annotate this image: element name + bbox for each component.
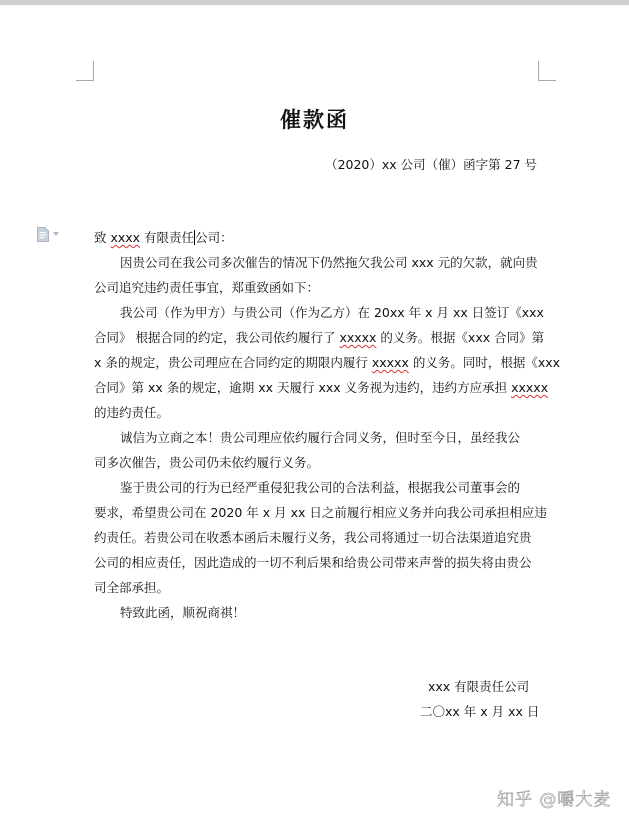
text: 的义务。根据《xxx 合同》第	[376, 330, 544, 345]
window-top-border	[0, 0, 629, 5]
paragraph-4-line-1: 鉴于贵公司的行为已经严重侵犯我公司的合法利益，根据我公司董事会的	[94, 475, 540, 500]
text: 的义务。同时，根据《xxx	[409, 355, 560, 370]
text: 合同》 根据合同的约定，我公司依约履行了	[94, 330, 339, 345]
spellcheck-flagged-word: xxxxx	[339, 330, 376, 345]
salutation-text: 有限责任	[140, 230, 194, 245]
closing-line: 特致此函，顺祝商祺！	[94, 600, 540, 625]
paragraph-1-line-2: 公司追究违约责任事宜，郑重致函如下：	[94, 275, 540, 300]
paragraph-4-line-3: 约责任。若贵公司在收悉本函后未履行义务，我公司将通过一切合法渠道追究贵	[94, 525, 540, 550]
spellcheck-flagged-word: xxxx	[110, 230, 140, 245]
paragraph-2-line-4: 合同》第 xx 条的规定，逾期 xx 天履行 xxx 义务视为违约，违约方应承担…	[94, 375, 540, 400]
text: 合同》第 xx 条的规定，逾期 xx 天履行 xxx 义务视为违约，违约方应承担	[94, 380, 511, 395]
chevron-down-icon	[53, 232, 59, 236]
paragraph-1-line-1: 因贵公司在我公司多次催告的情况下仍然拖欠我公司 xxx 元的欠款，就向贵	[94, 250, 540, 275]
paragraph-4-line-4: 公司的相应责任，因此造成的一切不利后果和给贵公司带来声誉的损失将由贵公	[94, 550, 540, 575]
page-margin-corner-right	[538, 61, 556, 81]
paragraph-2-line-5: 的违约责任。	[94, 400, 540, 425]
paragraph-4-line-2: 要求，希望贵公司在 2020 年 x 月 xx 日之前履行相应义务并向我公司承担…	[94, 500, 540, 525]
page-margin-corner-left	[76, 61, 94, 81]
signature-date: 二〇xx 年 x 月 xx 日	[420, 702, 539, 720]
salutation-prefix: 致	[94, 230, 110, 245]
paragraph-3-line-2: 司多次催告，贵公司仍未依约履行义务。	[94, 450, 540, 475]
paragraph-2-line-1: 我公司（作为甲方）与贵公司（作为乙方）在 20xx 年 x 月 xx 日签订《x…	[94, 300, 540, 325]
document-paragraph-icon	[37, 227, 49, 242]
spellcheck-flagged-word: xxxxx	[511, 380, 548, 395]
paragraph-3-line-1: 诚信为立商之本！贵公司理应依约履行合同义务，但时至今日，虽经我公	[94, 425, 540, 450]
paragraph-2-line-2: 合同》 根据合同的约定，我公司依约履行了 xxxxx 的义务。根据《xxx 合同…	[94, 325, 540, 350]
paragraph-2-line-3: x 条的规定，贵公司理应在合同约定的期限内履行 xxxxx 的义务。同时，根据《…	[94, 350, 540, 375]
paragraph-4-line-5: 司全部承担。	[94, 575, 540, 600]
salutation-text-end: 公司：	[195, 230, 233, 245]
document-body[interactable]: 致 xxxx 有限责任公司： 因贵公司在我公司多次催告的情况下仍然拖欠我公司 x…	[94, 225, 540, 625]
watermark: 知乎 @嚼大麦	[497, 785, 611, 810]
document-title: 催款函	[0, 104, 629, 134]
text: x 条的规定，贵公司理应在合同约定的期限内履行	[94, 355, 372, 370]
signature-company: xxx 有限责任公司	[428, 677, 529, 695]
spellcheck-flagged-word: xxxxx	[372, 355, 409, 370]
salutation-line: 致 xxxx 有限责任公司：	[94, 225, 540, 250]
paragraph-layout-button[interactable]	[37, 226, 67, 242]
document-number: （2020）xx 公司（催）函字第 27 号	[325, 155, 537, 173]
